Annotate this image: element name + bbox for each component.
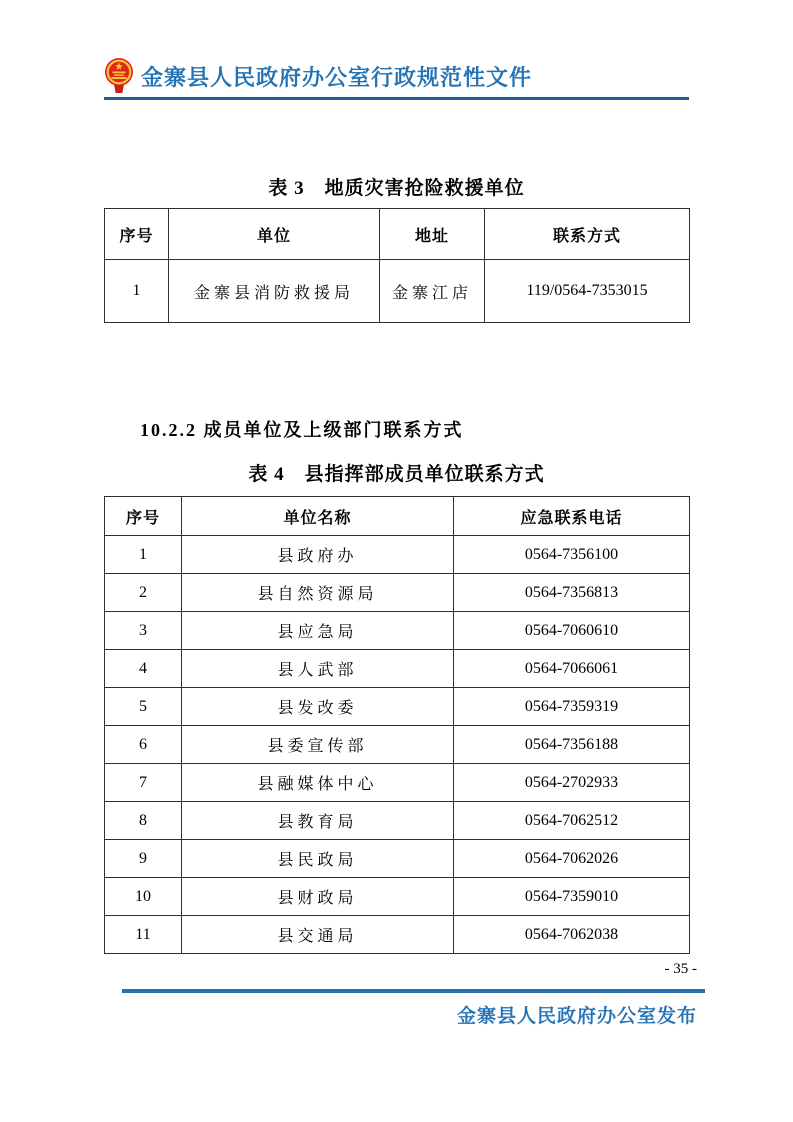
table-cell: 0564-7062038 bbox=[454, 916, 690, 954]
table-header-row: 序号 单位 地址 联系方式 bbox=[105, 209, 690, 260]
member-units-table: 序号 单位名称 应急联系电话 1县政府办0564-73561002县自然资源局0… bbox=[104, 496, 690, 954]
table-cell: 县应急局 bbox=[182, 612, 454, 650]
column-header: 序号 bbox=[105, 497, 182, 536]
table4-title: 表 4 县指挥部成员单位联系方式 bbox=[104, 459, 689, 486]
table-cell: 3 bbox=[105, 612, 182, 650]
table-row: 1县政府办0564-7356100 bbox=[105, 536, 690, 574]
table-cell: 县融媒体中心 bbox=[182, 764, 454, 802]
table-cell: 10 bbox=[105, 878, 182, 916]
table-cell: 县人武部 bbox=[182, 650, 454, 688]
column-header: 单位 bbox=[169, 209, 380, 260]
table-cell: 县发改委 bbox=[182, 688, 454, 726]
table3-title: 表 3 地质灾害抢险救援单位 bbox=[104, 173, 689, 200]
table4-header: 序号 单位名称 应急联系电话 bbox=[105, 497, 690, 536]
column-header: 单位名称 bbox=[182, 497, 454, 536]
table-row: 3县应急局0564-7060610 bbox=[105, 612, 690, 650]
table-cell: 县自然资源局 bbox=[182, 574, 454, 612]
publisher-text: 金寨县人民政府办公室发布 bbox=[457, 1001, 697, 1028]
table-cell: 5 bbox=[105, 688, 182, 726]
table-row: 5县发改委0564-7359319 bbox=[105, 688, 690, 726]
table3-body: 1金寨县消防救援局金寨江店119/0564-7353015 bbox=[105, 260, 690, 323]
table-row: 6县委宣传部0564-7356188 bbox=[105, 726, 690, 764]
table-cell: 0564-7066061 bbox=[454, 650, 690, 688]
table-row: 8县教育局0564-7062512 bbox=[105, 802, 690, 840]
table-cell: 县委宣传部 bbox=[182, 726, 454, 764]
column-header: 地址 bbox=[380, 209, 485, 260]
table-cell: 6 bbox=[105, 726, 182, 764]
table-cell: 4 bbox=[105, 650, 182, 688]
table-cell: 0564-7359319 bbox=[454, 688, 690, 726]
column-header: 应急联系电话 bbox=[454, 497, 690, 536]
table-cell: 县民政局 bbox=[182, 840, 454, 878]
document-page: 金寨县人民政府办公室行政规范性文件 表 3 地质灾害抢险救援单位 序号 单位 地… bbox=[104, 0, 689, 954]
table-cell: 0564-2702933 bbox=[454, 764, 690, 802]
table-cell: 金寨县消防救援局 bbox=[169, 260, 380, 323]
table-cell: 1 bbox=[105, 260, 169, 323]
table-cell: 县交通局 bbox=[182, 916, 454, 954]
table-row: 4县人武部0564-7066061 bbox=[105, 650, 690, 688]
table-cell: 7 bbox=[105, 764, 182, 802]
site-title: 金寨县人民政府办公室行政规范性文件 bbox=[141, 61, 532, 92]
table-cell: 县政府办 bbox=[182, 536, 454, 574]
table-cell: 金寨江店 bbox=[380, 260, 485, 323]
footer-divider bbox=[122, 989, 705, 993]
table-cell: 1 bbox=[105, 536, 182, 574]
rescue-units-table: 序号 单位 地址 联系方式 1金寨县消防救援局金寨江店119/0564-7353… bbox=[104, 208, 690, 323]
table-cell: 8 bbox=[105, 802, 182, 840]
table-cell: 0564-7356813 bbox=[454, 574, 690, 612]
table-row: 10县财政局0564-7359010 bbox=[105, 878, 690, 916]
table-cell: 119/0564-7353015 bbox=[485, 260, 690, 323]
column-header: 联系方式 bbox=[485, 209, 690, 260]
document-header-banner: 金寨县人民政府办公室行政规范性文件 bbox=[104, 56, 689, 100]
table-cell: 县财政局 bbox=[182, 878, 454, 916]
table-row: 1金寨县消防救援局金寨江店119/0564-7353015 bbox=[105, 260, 690, 323]
table-cell: 11 bbox=[105, 916, 182, 954]
table-header-row: 序号 单位名称 应急联系电话 bbox=[105, 497, 690, 536]
table-cell: 0564-7359010 bbox=[454, 878, 690, 916]
table-row: 2县自然资源局0564-7356813 bbox=[105, 574, 690, 612]
column-header: 序号 bbox=[105, 209, 169, 260]
table-cell: 0564-7356188 bbox=[454, 726, 690, 764]
table-cell: 县教育局 bbox=[182, 802, 454, 840]
table-cell: 0564-7062026 bbox=[454, 840, 690, 878]
table-row: 7县融媒体中心0564-2702933 bbox=[105, 764, 690, 802]
table-cell: 2 bbox=[105, 574, 182, 612]
national-emblem-icon bbox=[104, 56, 134, 96]
table-cell: 9 bbox=[105, 840, 182, 878]
table3-header: 序号 单位 地址 联系方式 bbox=[105, 209, 690, 260]
table-cell: 0564-7062512 bbox=[454, 802, 690, 840]
table-cell: 0564-7060610 bbox=[454, 612, 690, 650]
table-cell: 0564-7356100 bbox=[454, 536, 690, 574]
table-row: 9县民政局0564-7062026 bbox=[105, 840, 690, 878]
table-row: 11县交通局0564-7062038 bbox=[105, 916, 690, 954]
section-heading-10-2-2: 10.2.2 成员单位及上级部门联系方式 bbox=[140, 416, 689, 442]
table4-body: 1县政府办0564-73561002县自然资源局0564-73568133县应急… bbox=[105, 536, 690, 954]
page-number: - 35 - bbox=[665, 961, 698, 978]
